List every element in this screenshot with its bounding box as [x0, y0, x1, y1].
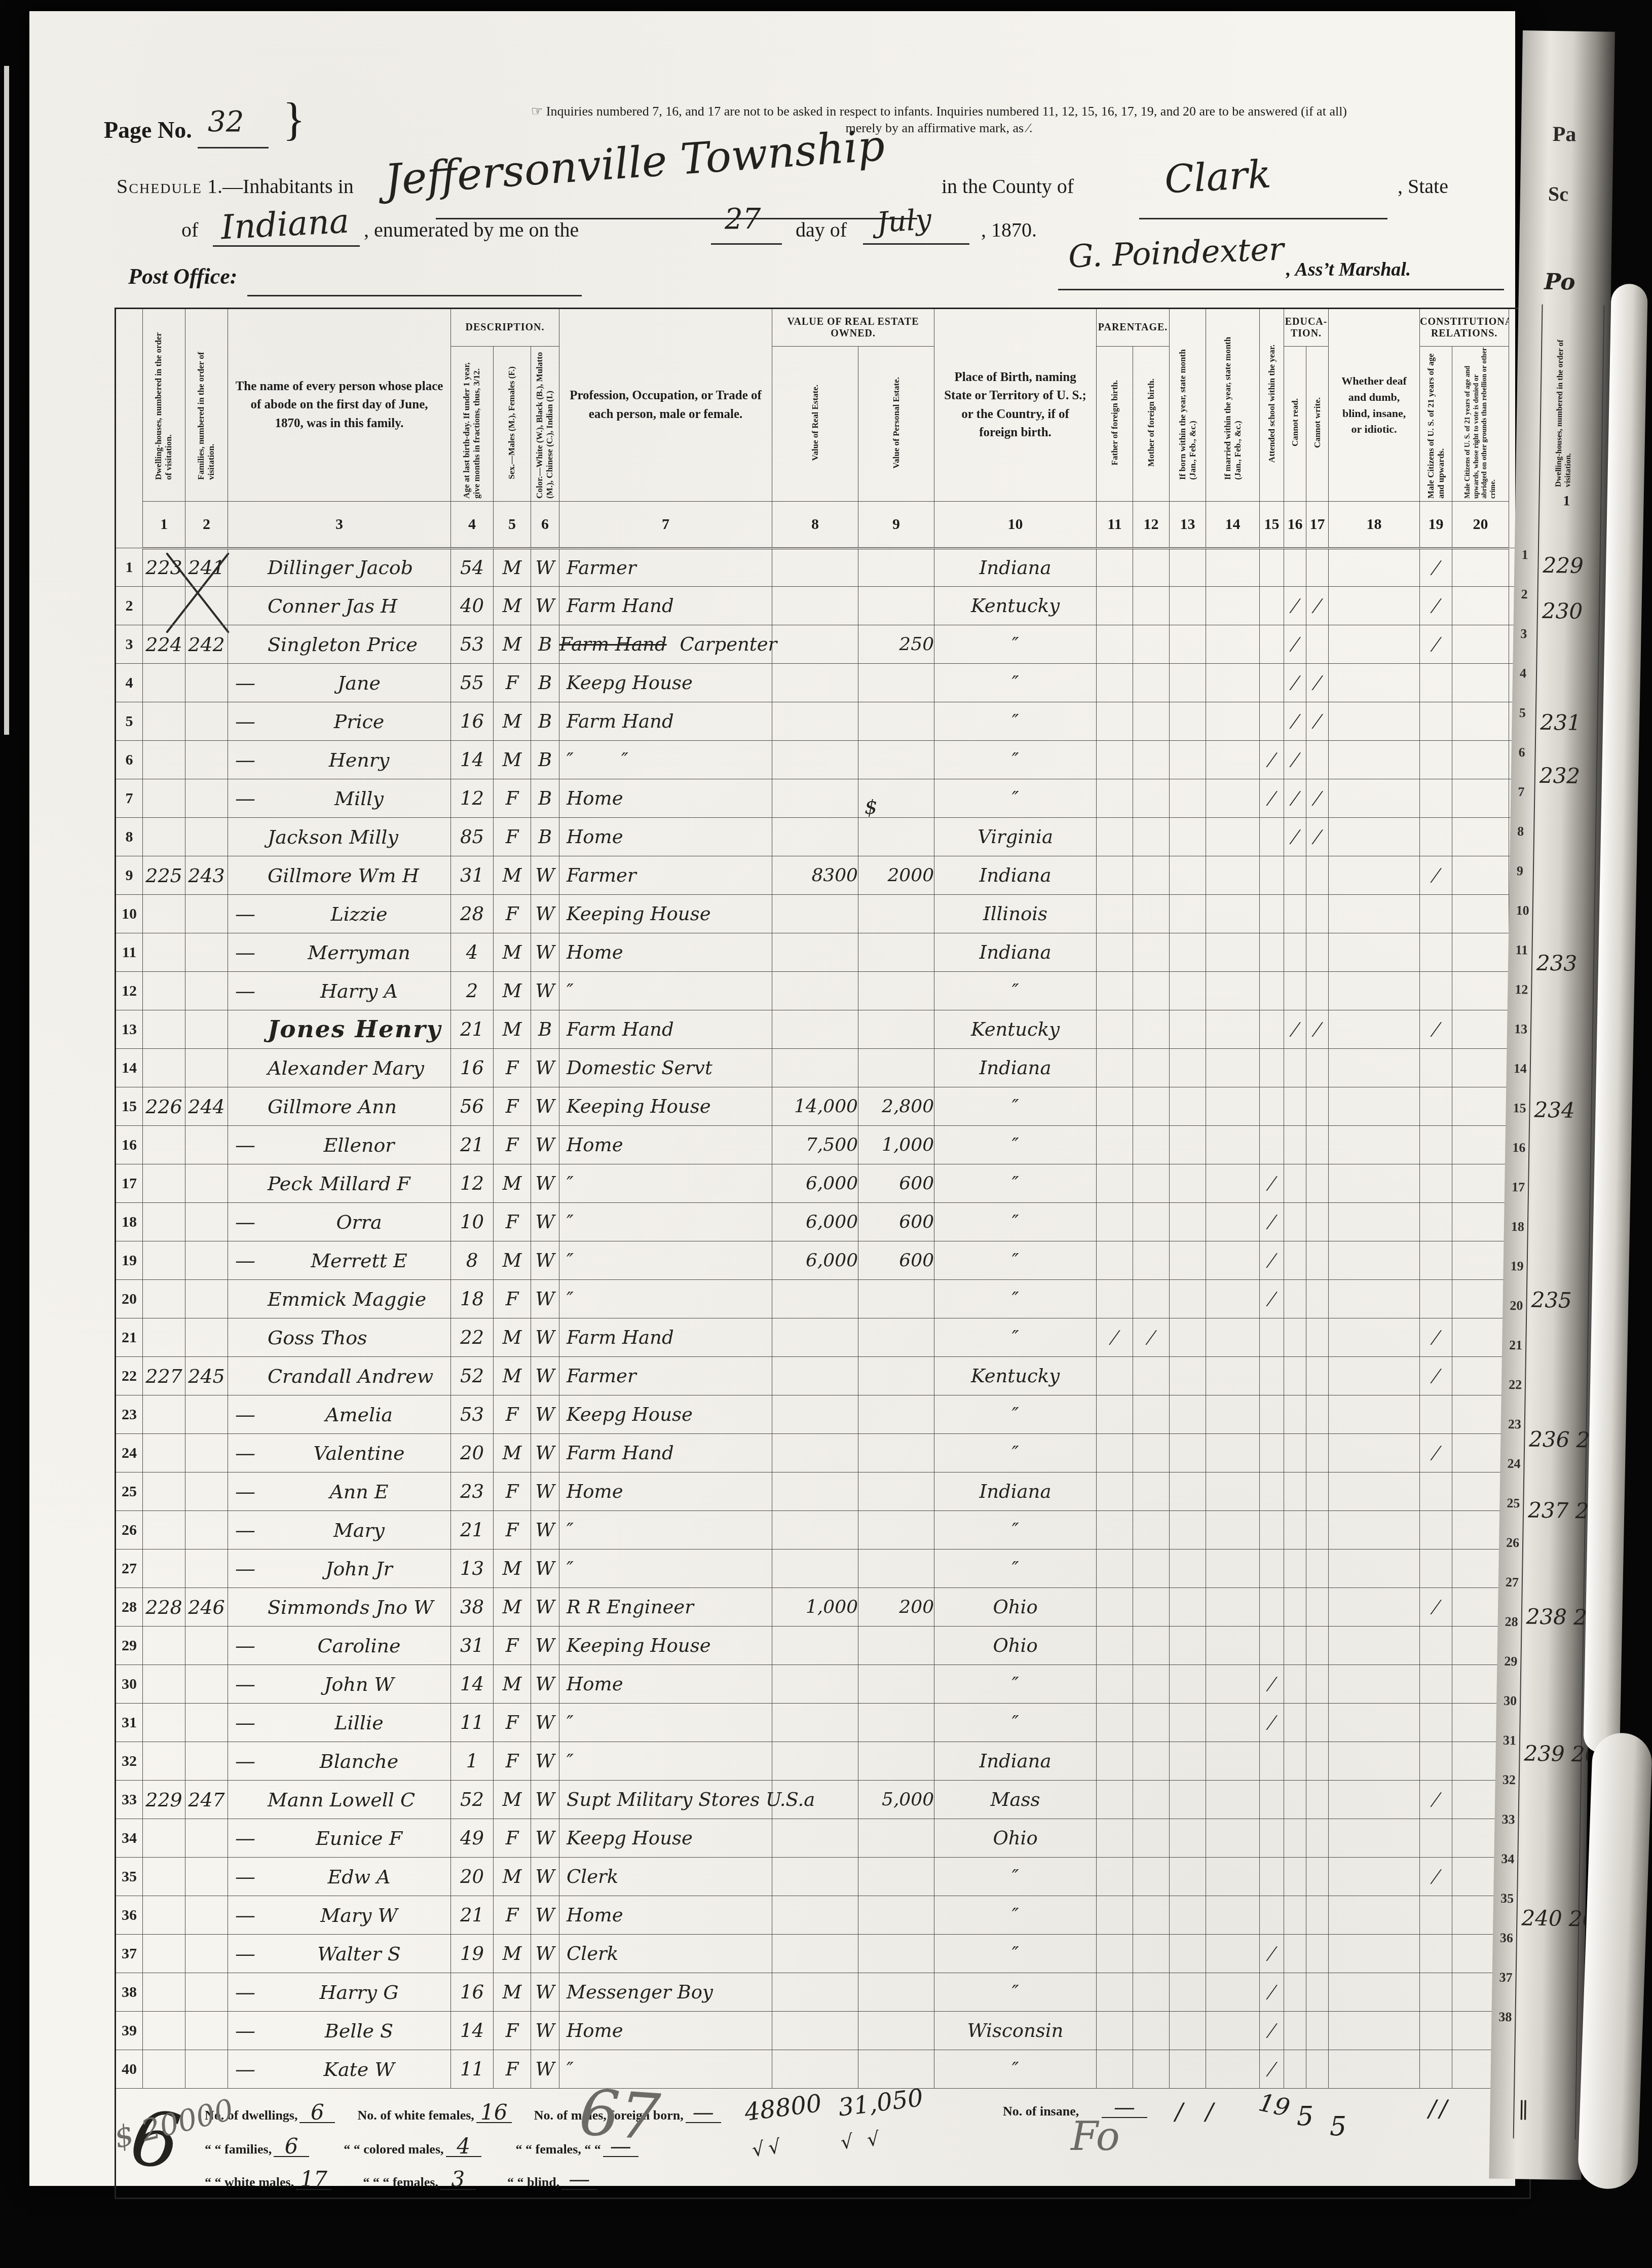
ditto-dash: — — [228, 1942, 268, 1965]
table-row: 15 226 244 Gillmore Ann 56 F W Keeping H… — [116, 1087, 1530, 1126]
strip-row-number: 10 — [1516, 903, 1529, 918]
color-cell: W — [531, 1781, 559, 1819]
mother-foreign-mark — [1133, 2050, 1170, 2089]
personal-estate-cell — [858, 548, 934, 587]
page-number-label: Page No. — [104, 117, 192, 143]
birthplace-cell: ″ — [934, 702, 1097, 741]
father-foreign-mark — [1097, 1049, 1133, 1087]
row-number-left: 8 — [116, 818, 143, 856]
born-month-mark — [1170, 1511, 1206, 1549]
family-number-cell — [185, 1819, 228, 1858]
attended-school-mark — [1260, 1627, 1284, 1665]
sex-cell: F — [494, 1819, 531, 1858]
cannot-read-mark — [1284, 1588, 1306, 1627]
strip-row-number: 30 — [1504, 1693, 1517, 1709]
vote-denied-mark — [1452, 933, 1509, 972]
ditto-dash: — — [228, 941, 268, 964]
married-month-mark — [1206, 856, 1260, 895]
mother-foreign-mark — [1133, 1781, 1170, 1819]
dwelling-number-cell — [143, 1164, 185, 1203]
occupation-cell: Keeping House — [559, 1087, 772, 1126]
age-cell: 13 — [451, 1549, 494, 1588]
married-month-mark — [1206, 779, 1260, 818]
cannot-write-mark — [1306, 1280, 1329, 1318]
age-cell: 16 — [451, 702, 494, 741]
cannot-read-mark — [1284, 1627, 1306, 1665]
real-estate-cell — [772, 1549, 858, 1588]
cannot-write-mark: ∕ — [1306, 779, 1329, 818]
left-edge-sliver — [4, 66, 9, 735]
strip-row-number: 33 — [1501, 1812, 1515, 1827]
age-cell: 21 — [451, 1511, 494, 1549]
color-cell: W — [531, 895, 559, 933]
sex-cell: F — [494, 1203, 531, 1241]
strip-row-number: 21 — [1509, 1338, 1522, 1353]
personal-estate-cell — [858, 1049, 934, 1087]
cannot-write-mark — [1306, 1241, 1329, 1280]
male-citizen-mark — [1420, 933, 1452, 972]
mother-foreign-mark — [1133, 1704, 1170, 1742]
name-cell: Emmick Maggie — [228, 1280, 451, 1318]
real-estate-cell — [772, 1935, 858, 1973]
color-cell: W — [531, 1665, 559, 1704]
birthplace-cell: ″ — [934, 1241, 1097, 1280]
mother-foreign-mark — [1133, 779, 1170, 818]
signature-underline — [1058, 289, 1504, 290]
birthplace-cell: Wisconsin — [934, 2012, 1097, 2050]
name-cell: Dillinger Jacob — [228, 548, 451, 587]
cannot-read-mark — [1284, 1203, 1306, 1241]
footer-hw-5b: 5 — [1330, 2111, 1346, 2142]
attended-school-mark: ∕ — [1260, 1973, 1284, 2012]
color-cell: W — [531, 2050, 559, 2089]
group-parentage: Parentage. — [1097, 309, 1170, 347]
month-underline — [863, 243, 969, 245]
name-cell: —John W — [228, 1665, 451, 1704]
deaf-dumb-mark — [1329, 1588, 1420, 1627]
col-school-header: Attended school within the year. — [1260, 309, 1284, 502]
family-number-cell — [185, 1665, 228, 1704]
sex-cell: M — [494, 587, 531, 625]
totals-line-3: “ “ white males, 17 “ “ “ females, 3 “ “… — [205, 2170, 597, 2190]
personal-estate-cell — [858, 702, 934, 741]
post-office-label: Post Office: — [128, 263, 237, 289]
personal-estate-cell — [858, 1627, 934, 1665]
col-mother-foreign-header: Mother of foreign birth. — [1133, 347, 1170, 502]
occupation-cell: Home — [559, 933, 772, 972]
cannot-read-mark — [1284, 1241, 1306, 1280]
name-cell: —Caroline — [228, 1627, 451, 1665]
name-cell: —Milly — [228, 779, 451, 818]
footer-hw-5a: 5 — [1297, 2101, 1313, 2132]
ditto-dash: — — [228, 979, 268, 1003]
sex-cell: F — [494, 1511, 531, 1549]
brace-glyph: } — [283, 92, 305, 146]
mother-foreign-mark — [1133, 1395, 1170, 1434]
deaf-dumb-mark — [1329, 933, 1420, 972]
cannot-write-mark — [1306, 2050, 1329, 2089]
age-cell: 18 — [451, 1280, 494, 1318]
attended-school-mark — [1260, 1434, 1284, 1472]
sex-cell: M — [494, 625, 531, 664]
born-month-mark — [1170, 1935, 1206, 1973]
strip-row-number: 13 — [1514, 1022, 1527, 1037]
color-cell: W — [531, 856, 559, 895]
dwelling-number-cell — [143, 741, 185, 779]
born-month-mark — [1170, 1896, 1206, 1935]
footer-ticks-col19: ∕∕ — [1429, 2095, 1450, 2122]
strip-row-number: 23 — [1508, 1417, 1521, 1432]
ditto-dash: — — [228, 787, 268, 810]
father-foreign-mark — [1097, 1203, 1133, 1241]
age-cell: 23 — [451, 1472, 494, 1511]
dwelling-number-cell — [143, 818, 185, 856]
real-estate-cell: 6,000 — [772, 1241, 858, 1280]
deaf-dumb-mark — [1329, 548, 1420, 587]
table-row: 2 Conner Jas H 40 M W Farm Hand Kentucky… — [116, 587, 1530, 625]
row-number-left: 37 — [116, 1935, 143, 1973]
sex-cell: M — [494, 1164, 531, 1203]
strip-row-number: 16 — [1512, 1140, 1525, 1155]
cannot-read-mark: ∕ — [1284, 779, 1306, 818]
strip-dwelling-entry: 234 — [1534, 1098, 1575, 1123]
birthplace-cell: ″ — [934, 1434, 1097, 1472]
schedule-title: Schedule 1.—Inhabitants in — [117, 174, 354, 198]
cannot-read-mark — [1284, 1781, 1306, 1819]
name-cell: Mann Lowell C — [228, 1781, 451, 1819]
occupation-cell: Clerk — [559, 1858, 772, 1896]
vote-denied-mark — [1452, 702, 1509, 741]
personal-estate-cell: 2,800 — [858, 1087, 934, 1126]
married-month-mark — [1206, 1511, 1260, 1549]
table-row: 18 —Orra 10 F W ″ 6,000 600 ″ ∕ 18 — [116, 1203, 1530, 1241]
birthplace-cell: ″ — [934, 972, 1097, 1010]
vote-denied-mark — [1452, 587, 1509, 625]
personal-estate-cell — [858, 1935, 934, 1973]
occupation-cell: Farmer — [559, 548, 772, 587]
age-cell: 12 — [451, 1164, 494, 1203]
color-cell: W — [531, 1164, 559, 1203]
male-citizen-mark — [1420, 779, 1452, 818]
born-month-mark — [1170, 1819, 1206, 1858]
family-number-cell — [185, 1935, 228, 1973]
sex-cell: M — [494, 1858, 531, 1896]
strip-column-header: Dwelling-houses, numbered in the order o… — [1554, 320, 1575, 487]
occupation-cell: Keeping House — [559, 895, 772, 933]
married-month-mark — [1206, 818, 1260, 856]
dwelling-number-cell — [143, 1819, 185, 1858]
dwelling-number-cell — [143, 1472, 185, 1511]
family-number-cell — [185, 1627, 228, 1665]
color-cell: W — [531, 1434, 559, 1472]
mother-foreign-mark — [1133, 895, 1170, 933]
father-foreign-mark — [1097, 1280, 1133, 1318]
vote-denied-mark — [1452, 895, 1509, 933]
married-month-mark — [1206, 1010, 1260, 1049]
born-month-mark — [1170, 1973, 1206, 2012]
attended-school-mark — [1260, 587, 1284, 625]
married-month-mark — [1206, 1126, 1260, 1164]
attended-school-mark — [1260, 1087, 1284, 1126]
birthplace-cell: ″ — [934, 1858, 1097, 1896]
father-foreign-mark — [1097, 818, 1133, 856]
table-row: 16 —Ellenor 21 F W Home 7,500 1,000 ″ 16 — [116, 1126, 1530, 1164]
cannot-write-mark: ∕ — [1306, 664, 1329, 702]
dwelling-number-cell — [143, 779, 185, 818]
real-estate-cell — [772, 587, 858, 625]
cannot-read-mark — [1284, 1896, 1306, 1935]
family-number-cell — [185, 933, 228, 972]
sex-cell: M — [494, 1010, 531, 1049]
father-foreign-mark — [1097, 1511, 1133, 1549]
occupation-cell: Keepg House — [559, 664, 772, 702]
father-foreign-mark — [1097, 779, 1133, 818]
male-citizen-mark: ∕ — [1420, 1318, 1452, 1357]
dwelling-number-cell: 226 — [143, 1087, 185, 1126]
age-cell: 4 — [451, 933, 494, 972]
born-month-mark — [1170, 625, 1206, 664]
deaf-dumb-mark — [1329, 1896, 1420, 1935]
attended-school-mark — [1260, 818, 1284, 856]
group-education: Educa- tion. — [1284, 309, 1329, 347]
sex-cell: M — [494, 1318, 531, 1357]
born-month-mark — [1170, 1588, 1206, 1627]
attended-school-mark: ∕ — [1260, 1280, 1284, 1318]
ditto-dash: — — [228, 1442, 268, 1465]
attended-school-mark — [1260, 702, 1284, 741]
dwelling-number-cell — [143, 1627, 185, 1665]
family-number-cell — [185, 587, 228, 625]
attended-school-mark: ∕ — [1260, 1203, 1284, 1241]
color-cell: W — [531, 1357, 559, 1395]
state-suffix-label: , State — [1398, 174, 1448, 198]
strip-dwelling-entry: 231 — [1540, 710, 1581, 735]
footer-tick-col12: ∕ — [1206, 2098, 1214, 2125]
male-citizen-mark: ∕ — [1420, 625, 1452, 664]
vote-denied-mark — [1452, 1164, 1509, 1203]
married-month-mark — [1206, 1049, 1260, 1087]
table-row: 37 —Walter S 19 M W Clerk ″ ∕ 37 — [116, 1935, 1530, 1973]
father-foreign-mark — [1097, 1935, 1133, 1973]
name-cell: —Valentine — [228, 1434, 451, 1472]
totals-line-2: “ “ families, 6 “ “ colored males, 4 “ “… — [205, 2137, 639, 2157]
birthplace-cell: Ohio — [934, 1588, 1097, 1627]
row-number-left: 15 — [116, 1087, 143, 1126]
color-cell: W — [531, 1395, 559, 1434]
father-foreign-mark — [1097, 702, 1133, 741]
occupation-cell: Home — [559, 1126, 772, 1164]
age-cell: 21 — [451, 1896, 494, 1935]
personal-estate-cell — [858, 1010, 934, 1049]
color-cell: W — [531, 1511, 559, 1549]
father-foreign-mark — [1097, 1627, 1133, 1665]
attended-school-mark — [1260, 972, 1284, 1010]
personal-estate-cell — [858, 972, 934, 1010]
left-margin-header — [116, 309, 143, 548]
cannot-write-mark — [1306, 1357, 1329, 1395]
family-number-cell — [185, 1049, 228, 1087]
strip-row-number: 29 — [1504, 1654, 1517, 1669]
real-estate-cell — [772, 972, 858, 1010]
cannot-write-mark — [1306, 1126, 1329, 1164]
dwelling-number-cell — [143, 587, 185, 625]
color-cell: W — [531, 1126, 559, 1164]
color-cell: W — [531, 1087, 559, 1126]
father-foreign-mark — [1097, 2012, 1133, 2050]
father-foreign-mark — [1097, 1010, 1133, 1049]
male-citizen-mark: ∕ — [1420, 1434, 1452, 1472]
vote-denied-mark — [1452, 741, 1509, 779]
check-marks-right: √ √ — [840, 2127, 885, 2154]
family-number-cell: 244 — [185, 1087, 228, 1126]
born-month-mark — [1170, 1665, 1206, 1704]
cannot-write-mark — [1306, 1704, 1329, 1742]
table-row: 27 —John Jr 13 M W ″ ″ 27 — [116, 1549, 1530, 1588]
strip-row-number: 22 — [1509, 1377, 1522, 1392]
strip-row-number: 25 — [1507, 1496, 1520, 1511]
male-citizen-mark — [1420, 1164, 1452, 1203]
sex-cell: M — [494, 1781, 531, 1819]
dwelling-number-cell — [143, 1318, 185, 1357]
married-month-mark — [1206, 1588, 1260, 1627]
family-number-cell — [185, 2050, 228, 2089]
strip-row-number: 4 — [1520, 666, 1526, 681]
table-header: Dwelling-houses, numbered in the order o… — [116, 309, 1530, 548]
insane-label: No. of insane, — [1003, 2104, 1079, 2119]
ditto-dash: — — [228, 1557, 268, 1580]
table-row: 7 —Milly 12 F B Home ″ ∕ ∕ ∕ 7 — [116, 779, 1530, 818]
color-cell: W — [531, 1935, 559, 1973]
dwelling-number-cell — [143, 1665, 185, 1704]
col-deaf-header: Whether deaf and dumb, blind, insane, or… — [1329, 309, 1420, 502]
age-cell: 53 — [451, 625, 494, 664]
real-estate-cell — [772, 1472, 858, 1511]
personal-estate-cell — [858, 1858, 934, 1896]
personal-estate-cell — [858, 1511, 934, 1549]
vote-denied-mark — [1452, 779, 1509, 818]
male-citizen-mark — [1420, 1049, 1452, 1087]
deaf-dumb-mark — [1329, 1203, 1420, 1241]
strip-row-number: 31 — [1503, 1733, 1516, 1748]
col-married-month-header: If married within the year, state month … — [1206, 309, 1260, 502]
ditto-dash: — — [228, 1133, 268, 1157]
age-cell: 11 — [451, 1704, 494, 1742]
name-cell: —Mary — [228, 1511, 451, 1549]
occupation-cell: Farm Hand Carpenter — [559, 625, 772, 664]
occupation-cell: ″ — [559, 1164, 772, 1203]
cannot-write-mark — [1306, 1472, 1329, 1511]
row-number-left: 7 — [116, 779, 143, 818]
dwelling-number-cell — [143, 895, 185, 933]
attended-school-mark: ∕ — [1260, 1935, 1284, 1973]
col-father-foreign-header: Father of foreign birth. — [1097, 347, 1133, 502]
cannot-read-mark — [1284, 1973, 1306, 2012]
strip-row-number: 14 — [1514, 1061, 1527, 1076]
family-number-cell — [185, 972, 228, 1010]
birthplace-cell: ″ — [934, 625, 1097, 664]
family-number-cell: 246 — [185, 1588, 228, 1627]
attended-school-mark: ∕ — [1260, 1665, 1284, 1704]
cannot-write-mark — [1306, 1896, 1329, 1935]
birthplace-cell: Ohio — [934, 1819, 1097, 1858]
deaf-dumb-mark — [1329, 1434, 1420, 1472]
personal-estate-cell — [858, 1896, 934, 1935]
personal-estate-cell — [858, 664, 934, 702]
personal-estate-cell — [858, 1280, 934, 1318]
color-cell: B — [531, 818, 559, 856]
ditto-dash: — — [228, 1519, 268, 1542]
real-estate-cell — [772, 933, 858, 972]
pencil-67: 67 — [577, 2076, 662, 2155]
occupation-cell: ″ — [559, 1742, 772, 1781]
attended-school-mark: ∕ — [1260, 779, 1284, 818]
cannot-write-mark: ∕ — [1306, 587, 1329, 625]
col-cannot-read-header: Cannot read. — [1284, 347, 1306, 502]
attended-school-mark — [1260, 1549, 1284, 1588]
cannot-write-mark — [1306, 1973, 1329, 2012]
attended-school-mark — [1260, 1588, 1284, 1627]
color-cell: B — [531, 664, 559, 702]
personal-estate-cell — [858, 587, 934, 625]
age-cell: 20 — [451, 1858, 494, 1896]
color-cell: W — [531, 972, 559, 1010]
mother-foreign-mark — [1133, 741, 1170, 779]
table-row: 6 —Henry 14 M B ″ ″ ″ ∕ ∕ 6 — [116, 741, 1530, 779]
male-citizen-mark — [1420, 1896, 1452, 1935]
family-number-cell — [185, 1434, 228, 1472]
row-number-left: 32 — [116, 1742, 143, 1781]
mother-foreign-mark — [1133, 1241, 1170, 1280]
color-cell: W — [531, 1896, 559, 1935]
real-estate-cell: 7,500 — [772, 1126, 858, 1164]
occupation-cell: ″ — [559, 1704, 772, 1742]
cannot-read-mark — [1284, 972, 1306, 1010]
deaf-dumb-mark — [1329, 1627, 1420, 1665]
occupation-cell: Farm Hand — [559, 1318, 772, 1357]
dwelling-number-cell — [143, 1203, 185, 1241]
day-of-label: day of — [796, 218, 847, 242]
cannot-read-mark — [1284, 1819, 1306, 1858]
age-cell: 14 — [451, 741, 494, 779]
family-number-cell: 243 — [185, 856, 228, 895]
table-row: 28 228 246 Simmonds Jno W 38 M W R R Eng… — [116, 1588, 1530, 1627]
family-number-cell — [185, 1395, 228, 1434]
real-estate-cell — [772, 1704, 858, 1742]
father-foreign-mark — [1097, 1357, 1133, 1395]
mother-foreign-mark — [1133, 818, 1170, 856]
personal-estate-cell — [858, 1665, 934, 1704]
occupation-cell: ″ ″ — [559, 741, 772, 779]
strip-row-number: 20 — [1510, 1298, 1523, 1313]
name-cell: —Kate W — [228, 2050, 451, 2089]
family-number-cell — [185, 1203, 228, 1241]
born-month-mark — [1170, 1280, 1206, 1318]
married-month-mark — [1206, 664, 1260, 702]
pencil-fo: Fo — [1071, 2114, 1120, 2160]
sex-cell: F — [494, 1049, 531, 1087]
mother-foreign-mark — [1133, 856, 1170, 895]
cannot-read-mark — [1284, 1434, 1306, 1472]
ditto-dash: — — [228, 1211, 268, 1234]
birthplace-cell: ″ — [934, 1511, 1097, 1549]
ditto-dash: — — [228, 1249, 268, 1272]
personal-estate-cell — [858, 1434, 934, 1472]
mother-foreign-mark — [1133, 625, 1170, 664]
personal-estate-cell: 600 — [858, 1203, 934, 1241]
attended-school-mark: ∕ — [1260, 2012, 1284, 2050]
table-row: 8 Jackson Milly 85 F B Home Virginia ∕ ∕… — [116, 818, 1530, 856]
age-cell: 19 — [451, 1935, 494, 1973]
